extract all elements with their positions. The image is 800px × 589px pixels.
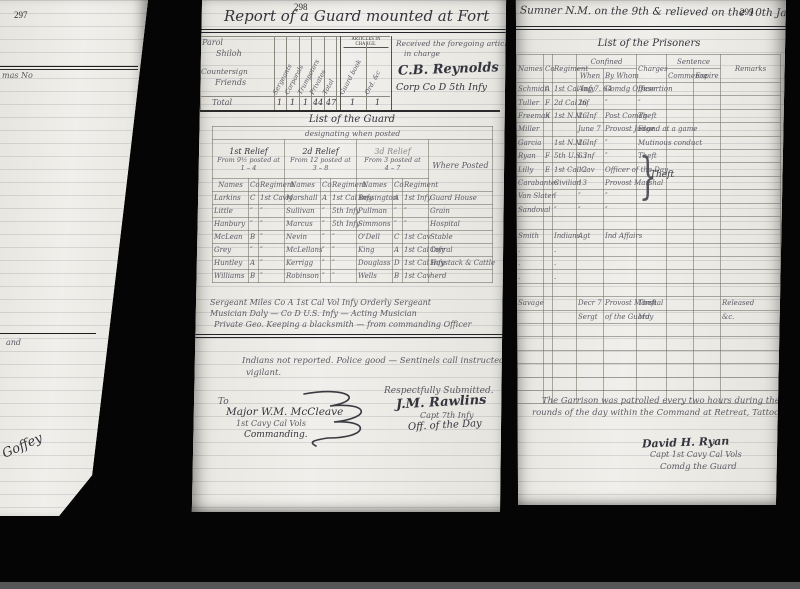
table-row: HuntleyA″Kerrigg″″DouglassD1st Cal InfyH… [213, 257, 493, 270]
relief-3-hours: 4 – 7 [358, 164, 427, 172]
col-regiment: Regiment [331, 179, 357, 192]
table-cell [577, 377, 604, 390]
table-cell [721, 270, 781, 283]
table-cell [721, 203, 781, 216]
table-cell [637, 364, 667, 377]
table-row [517, 324, 781, 337]
table-cell [667, 364, 694, 377]
table-cell [544, 216, 553, 229]
table-cell: Stable [429, 231, 493, 244]
table-cell [721, 350, 781, 363]
table-row: Grey″″McLellans″″KingA1st Cal InfyCorral [213, 244, 493, 257]
table-cell [721, 190, 781, 203]
table-cell: D [393, 257, 403, 270]
relief-2-name: 2d Relief [286, 147, 355, 156]
table-row: TullerF2d Cal Inf26″″ [517, 96, 781, 109]
table-cell: ″ [604, 136, 637, 149]
table-cell: . [553, 243, 577, 256]
title-rule [514, 26, 786, 27]
table-cell: 1st Cav [403, 270, 429, 283]
table-cell [544, 364, 553, 377]
table-cell: ″ [249, 218, 259, 231]
table-cell [577, 283, 604, 296]
section-rule [188, 337, 508, 338]
table-cell [517, 350, 544, 363]
table-cell: A [544, 83, 553, 96]
table-border [200, 110, 500, 112]
table-cell [667, 96, 694, 109]
table-cell: Wells [357, 270, 393, 283]
table-row: Sergtof the GuardMay&c. [517, 310, 781, 323]
table-cell [517, 216, 544, 229]
table-cell [694, 230, 721, 243]
table-cell: 1st Cav [403, 231, 429, 244]
table-cell [544, 297, 553, 310]
report-title-right: Sumner N.M. on the 9th & relieved on the… [520, 4, 800, 19]
table-row: Little″″Sullivan″5th InfyPullman″″Grain [213, 205, 493, 218]
table-cell [694, 324, 721, 337]
guard-roster-body: LarkinsC1st CavlyMarshallA1st Cal InfyBe… [213, 192, 493, 283]
table-cell: ″ [321, 244, 331, 257]
table-cell [721, 377, 781, 390]
table-cell [544, 350, 553, 363]
col-co: Co [544, 55, 553, 83]
table-cell: . [517, 270, 544, 283]
table-cell [694, 96, 721, 109]
table-cell: Van Slaten [517, 190, 544, 203]
table-cell: Corral [429, 244, 493, 257]
table-cell: Civilian [553, 176, 577, 189]
table-cell: ″ [393, 218, 403, 231]
table-row [517, 337, 781, 350]
table-cell [604, 324, 637, 337]
total-trumpeters: 1 [303, 98, 308, 107]
table-cell: Smith [517, 230, 544, 243]
table-row: SavageDecr 7Provost MarshalTheftReleased [517, 297, 781, 310]
table-cell: ″ [249, 205, 259, 218]
table-cell [721, 123, 781, 136]
col-regiment: Regiment [259, 179, 285, 192]
table-cell: 1st Infy [403, 192, 429, 205]
table-cell [721, 230, 781, 243]
table-cell [553, 350, 577, 363]
table-cell: Marcus [285, 218, 321, 231]
table-cell [721, 96, 781, 109]
table-cell [577, 337, 604, 350]
table-cell [517, 377, 544, 390]
table-cell: ″ [259, 231, 285, 244]
table-cell [667, 149, 694, 162]
table-cell: Lilly [517, 163, 544, 176]
table-row [517, 350, 781, 363]
table-cell [544, 283, 553, 296]
guard-subtitle-row: designating when posted [213, 127, 493, 140]
sentence-group-header: Sentence [667, 55, 721, 69]
total-privates: 44 [313, 98, 323, 107]
table-cell: 1st Cal Infy [403, 257, 429, 270]
table-cell: Tuller [517, 96, 544, 109]
table-cell [553, 377, 577, 390]
table-cell: ″ [331, 244, 357, 257]
table-border [366, 45, 367, 110]
table-cell: ″ [321, 270, 331, 283]
table-cell [577, 257, 604, 270]
table-cell: 5th U.S. Inf [553, 149, 577, 162]
guard-commander-rank: Capt 1st Cavy Cal Vols [650, 450, 742, 459]
table-cell: Indians [553, 230, 577, 243]
table-row: Hanbury″″Marcus″5th InfySimmons″″Hospita… [213, 218, 493, 231]
table-cell [637, 243, 667, 256]
scanned-ledger: 297 mas No and Goffey 298 Report of a Gu… [0, 0, 800, 589]
addressee-unit: 1st Cavy Cal Vols [236, 419, 306, 428]
title-rule [192, 29, 506, 30]
relief-2-detail: From 12 posted at [286, 156, 355, 164]
table-cell [694, 216, 721, 229]
total-corporals: 1 [290, 98, 295, 107]
table-cell [721, 337, 781, 350]
table-cell: . [553, 270, 577, 283]
table-cell [637, 377, 667, 390]
table-cell [694, 337, 721, 350]
table-cell [553, 216, 577, 229]
strip-divider [0, 66, 138, 67]
table-cell: Post Comdg [604, 109, 637, 122]
table-cell: Simmons [357, 218, 393, 231]
table-cell [604, 243, 637, 256]
prisoners-table: Names Co Regiment Confined Charges Sente… [516, 54, 780, 404]
relief-1-detail: From 9½ posted at [214, 156, 283, 164]
table-cell: Carabantes [517, 176, 544, 189]
table-cell: 1st N.M. Inf [553, 109, 577, 122]
guard-table-title: List of the Guard [212, 114, 492, 125]
table-cell [637, 283, 667, 296]
received-note-line1: Received the foregoing articles [396, 39, 515, 48]
table-cell [517, 364, 544, 377]
col-names: Names [213, 179, 249, 192]
table-cell: A [393, 244, 403, 257]
brace-charge-label: Theft [650, 170, 674, 180]
table-cell: 1st Cal Infy [553, 83, 577, 96]
table-cell [637, 324, 667, 337]
table-cell: ″ [331, 231, 357, 244]
table-cell: June 7 [577, 123, 604, 136]
officer-role: Off. of the Day [408, 418, 482, 433]
table-cell [544, 230, 553, 243]
table-cell [667, 310, 694, 323]
received-signature: C.B. Reynolds [398, 60, 499, 79]
table-cell [577, 350, 604, 363]
addressee-role: Commanding. [244, 430, 308, 440]
previous-page-edge: 297 mas No and Goffey [0, 0, 148, 516]
table-cell [694, 149, 721, 162]
table-cell: Garcia [517, 136, 544, 149]
table-cell [604, 216, 637, 229]
where-posted-header: Where Posted [429, 140, 493, 192]
table-cell [544, 310, 553, 323]
table-cell: May [637, 310, 667, 323]
table-cell: Schmidt [517, 83, 544, 96]
col-remarks: Remarks [721, 55, 781, 83]
table-cell: Huntley [213, 257, 249, 270]
table-cell [517, 390, 544, 403]
parole-value: Shiloh [216, 49, 242, 58]
table-cell: E [544, 163, 553, 176]
section-rule [188, 334, 508, 335]
table-cell: ″ [321, 218, 331, 231]
table-cell: ″ [577, 203, 604, 216]
table-cell: Provost Marshal [604, 176, 637, 189]
table-cell [553, 337, 577, 350]
table-cell: ″ [393, 205, 403, 218]
table-cell: ″ [321, 205, 331, 218]
table-row: SmithIndiansAgtInd Affairs [517, 230, 781, 243]
table-cell [721, 163, 781, 176]
table-cell [721, 364, 781, 377]
strip-fragment-top: mas No [2, 71, 33, 80]
table-cell [694, 270, 721, 283]
table-cell [604, 283, 637, 296]
col-regiment: Regiment [553, 55, 577, 83]
table-cell [604, 337, 637, 350]
col-commence: Commence [667, 69, 694, 83]
table-cell: 13 [577, 176, 604, 189]
relief-2-header: 2d Relief From 12 posted at 3 – 8 [285, 140, 357, 179]
table-cell: ″ [604, 149, 637, 162]
table-cell [667, 297, 694, 310]
table-cell: 5th Infy [331, 205, 357, 218]
table-cell [577, 270, 604, 283]
table-cell: ″ [259, 270, 285, 283]
table-cell [721, 83, 781, 96]
left-page: 298 Report of a Guard mounted at Fort Pa… [188, 0, 508, 512]
table-cell [544, 136, 553, 149]
table-cell: Provost Judge [604, 123, 637, 136]
table-cell: 1st Cal Infy [403, 244, 429, 257]
table-cell: McLellans [285, 244, 321, 257]
articles-total-2: 1 [375, 98, 380, 107]
table-cell [604, 270, 637, 283]
guard-roster-table: designating when posted 1st Relief From … [212, 126, 492, 283]
table-cell: ″ [259, 218, 285, 231]
relief-2-hours: 3 – 8 [286, 164, 355, 172]
table-cell: Pullman [357, 205, 393, 218]
table-cell: ″ [553, 203, 577, 216]
table-cell [637, 337, 667, 350]
table-cell: Provost Marshal [604, 297, 637, 310]
table-row: MillerJune 7Provost JudgeFound at a game [517, 123, 781, 136]
table-cell [553, 364, 577, 377]
table-cell [637, 257, 667, 270]
table-cell: Ind Affairs [604, 230, 637, 243]
table-cell: Aug 7. 64 [577, 83, 604, 96]
table-cell [553, 283, 577, 296]
col-by-whom: By Whom [604, 69, 637, 83]
table-cell [577, 243, 604, 256]
relief-1-hours: 1 – 4 [214, 164, 283, 172]
table-cell [667, 324, 694, 337]
col-regiment: Regiment [403, 179, 429, 192]
table-cell: C [393, 231, 403, 244]
guard-strength-table: Parol Shiloh Countersign Friends Total S… [200, 36, 500, 112]
table-cell: Freeman [517, 109, 544, 122]
parole-label: Parol [202, 38, 223, 47]
table-cell [694, 176, 721, 189]
countersign-value: Friends [215, 78, 246, 87]
table-cell: A [249, 257, 259, 270]
table-cell: ″ [321, 257, 331, 270]
table-row: Sandoval″″″ [517, 203, 781, 216]
table-cell: F [544, 149, 553, 162]
table-cell [604, 257, 637, 270]
articles-total-1: 1 [350, 98, 355, 107]
table-cell [604, 377, 637, 390]
report-title-left: Report of a Guard mounted at Fort [224, 7, 489, 25]
table-cell [667, 243, 694, 256]
table-cell: ″ [331, 257, 357, 270]
table-cell: Robinson [285, 270, 321, 283]
table-cell: B [249, 270, 259, 283]
table-cell: 1st Cal Cav [553, 163, 577, 176]
relief-3-header: 3d Relief From 3 posted at 4 – 7 [357, 140, 429, 179]
articles-in-charge-box: Articles in Charge. Guard book Ord. &c 1… [340, 36, 392, 110]
table-cell: McLean [213, 231, 249, 244]
received-note-line2: in charge [404, 49, 440, 58]
guard-commander-role: Comdg the Guard [660, 462, 737, 472]
table-cell: of the Guard [604, 310, 637, 323]
table-cell: &c. [721, 310, 781, 323]
table-cell: ″ [604, 96, 637, 109]
table-row: .. [517, 257, 781, 270]
table-cell: Kerrigg [285, 257, 321, 270]
prisoners-group-row: Names Co Regiment Confined Charges Sente… [517, 55, 781, 69]
table-cell [544, 243, 553, 256]
table-cell: O'Dell [357, 231, 393, 244]
relief-3-detail: From 3 posted at [358, 156, 427, 164]
guard-relief-row: 1st Relief From 9½ posted at 1 – 4 2d Re… [213, 140, 493, 179]
table-cell [517, 324, 544, 337]
report-note-line2: vigilant. [246, 368, 281, 378]
table-cell: Sullivan [285, 205, 321, 218]
table-cell [694, 283, 721, 296]
table-cell: Decr 7 [577, 297, 604, 310]
total-label: Total [212, 98, 232, 107]
table-cell [517, 310, 544, 323]
countersign-label: Countersign [201, 67, 248, 76]
table-cell [721, 109, 781, 122]
table-cell: Marshall [285, 192, 321, 205]
table-row: SchmidtA1st Cal InfyAug 7. 64Comdg Offic… [517, 83, 781, 96]
table-cell: Nevin [285, 231, 321, 244]
page-number-299: 299 [740, 7, 754, 17]
table-cell [553, 310, 577, 323]
detail-line-1: Sergeant Miles Co A 1st Cal Vol Infy Ord… [210, 298, 431, 307]
table-cell: A [321, 192, 331, 205]
col-co: Co [393, 179, 403, 192]
table-cell: K [544, 109, 553, 122]
table-cell: B [249, 231, 259, 244]
table-cell [577, 324, 604, 337]
detail-line-3: Private Geo. Keeping a blacksmith — from… [214, 320, 471, 329]
col-charges: Charges [637, 55, 667, 83]
table-cell [694, 163, 721, 176]
table-cell [721, 283, 781, 296]
table-cell: Sandoval [517, 203, 544, 216]
table-row: LarkinsC1st CavlyMarshallA1st Cal InfyBe… [213, 192, 493, 205]
table-cell [694, 83, 721, 96]
table-cell [544, 377, 553, 390]
table-cell: Released [721, 297, 781, 310]
table-cell [553, 123, 577, 136]
garrison-note-line1: The Garrison was patrolled every two hou… [542, 396, 800, 406]
table-cell: ″ [259, 244, 285, 257]
table-row: .. [517, 243, 781, 256]
col-names: Names [357, 179, 393, 192]
strip-divider [0, 333, 96, 334]
col-names: Names [517, 55, 544, 83]
table-row [517, 216, 781, 229]
table-cell: Grey [213, 244, 249, 257]
table-cell [544, 324, 553, 337]
table-cell: Agt [577, 230, 604, 243]
table-cell [604, 350, 637, 363]
title-rule [192, 32, 506, 33]
col-co: Co [321, 179, 331, 192]
table-cell [667, 377, 694, 390]
table-cell [544, 123, 553, 136]
table-cell [544, 270, 553, 283]
table-cell: ″ [637, 96, 667, 109]
table-cell: ″ [577, 190, 604, 203]
scanner-bed-strip [0, 582, 800, 589]
table-cell [604, 364, 637, 377]
relief-1-name: 1st Relief [214, 147, 283, 156]
table-cell: Haystack & Cattle [429, 257, 493, 270]
table-row: .. [517, 270, 781, 283]
table-cell: Larkins [213, 192, 249, 205]
table-cell [721, 176, 781, 189]
strip-divider [0, 69, 138, 70]
received-rank: Corp Co D 5th Infy [396, 82, 487, 93]
strip-signature: Goffey [0, 431, 45, 462]
table-cell [637, 270, 667, 283]
table-cell [721, 243, 781, 256]
table-cell: Williams [213, 270, 249, 283]
table-cell [721, 216, 781, 229]
table-cell: B [393, 270, 403, 283]
total-sergeants: 1 [277, 98, 282, 107]
table-cell: Sergt [577, 310, 604, 323]
table-cell [637, 216, 667, 229]
table-cell: Little [213, 205, 249, 218]
table-cell [667, 203, 694, 216]
table-cell [553, 324, 577, 337]
table-cell: Savage [517, 297, 544, 310]
col-expire: Expire [694, 69, 721, 83]
table-cell [694, 257, 721, 270]
table-cell: . [517, 257, 544, 270]
relief-1-header: 1st Relief From 9½ posted at 1 – 4 [213, 140, 285, 179]
table-cell: ″ [604, 190, 637, 203]
table-cell [667, 216, 694, 229]
table-cell [694, 190, 721, 203]
report-note-line1: Indians not reported. Police good — Sent… [242, 356, 516, 366]
table-cell: ″ [259, 257, 285, 270]
table-row [517, 364, 781, 377]
garrison-note-line2: rounds of the day within the Command at … [532, 408, 800, 418]
table-cell [694, 310, 721, 323]
right-page: Sumner N.M. on the 9th & relieved on the… [514, 0, 786, 505]
table-cell: Officer of the Day [604, 163, 637, 176]
